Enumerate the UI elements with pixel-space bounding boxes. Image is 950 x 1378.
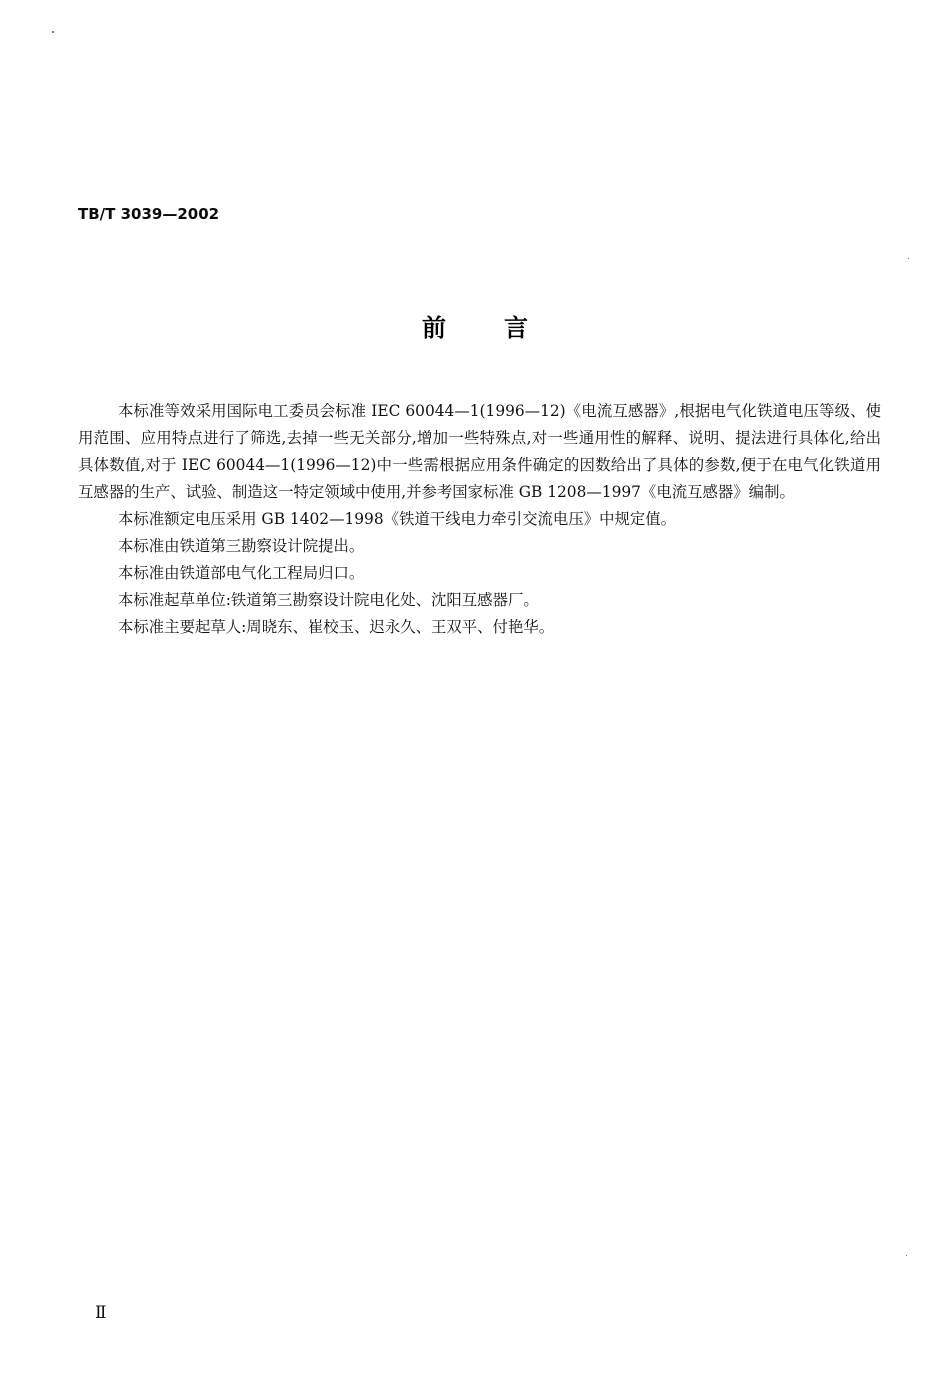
title-char-2: 言 [504,308,528,343]
paragraph-rated-voltage: 本标准额定电压采用 GB 1402—1998《铁道干线电力牵引交流电压》中规定值… [78,506,881,533]
paragraph-proposer: 本标准由铁道第三勘察设计院提出。 [78,533,881,560]
paragraph-adoption: 本标准等效采用国际电工委员会标准 IEC 60044—1(1996—12)《电流… [78,398,881,506]
title-char-1: 前 [422,308,446,343]
foreword-body: 本标准等效采用国际电工委员会标准 IEC 60044—1(1996—12)《电流… [78,398,881,641]
paragraph-administrator: 本标准由铁道部电气化工程局归口。 [78,560,881,587]
page-title: 前言 [0,308,950,343]
page-number: Ⅱ [95,1303,107,1323]
scan-speck [906,1255,907,1256]
paragraph-drafting-units: 本标准起草单位:铁道第三勘察设计院电化处、沈阳互感器厂。 [78,587,881,614]
standard-code: TB/T 3039—2002 [78,205,219,223]
scan-speck [52,31,54,33]
paragraph-drafters: 本标准主要起草人:周晓东、崔校玉、迟永久、王双平、付艳华。 [78,614,881,641]
scan-speck [908,258,909,259]
